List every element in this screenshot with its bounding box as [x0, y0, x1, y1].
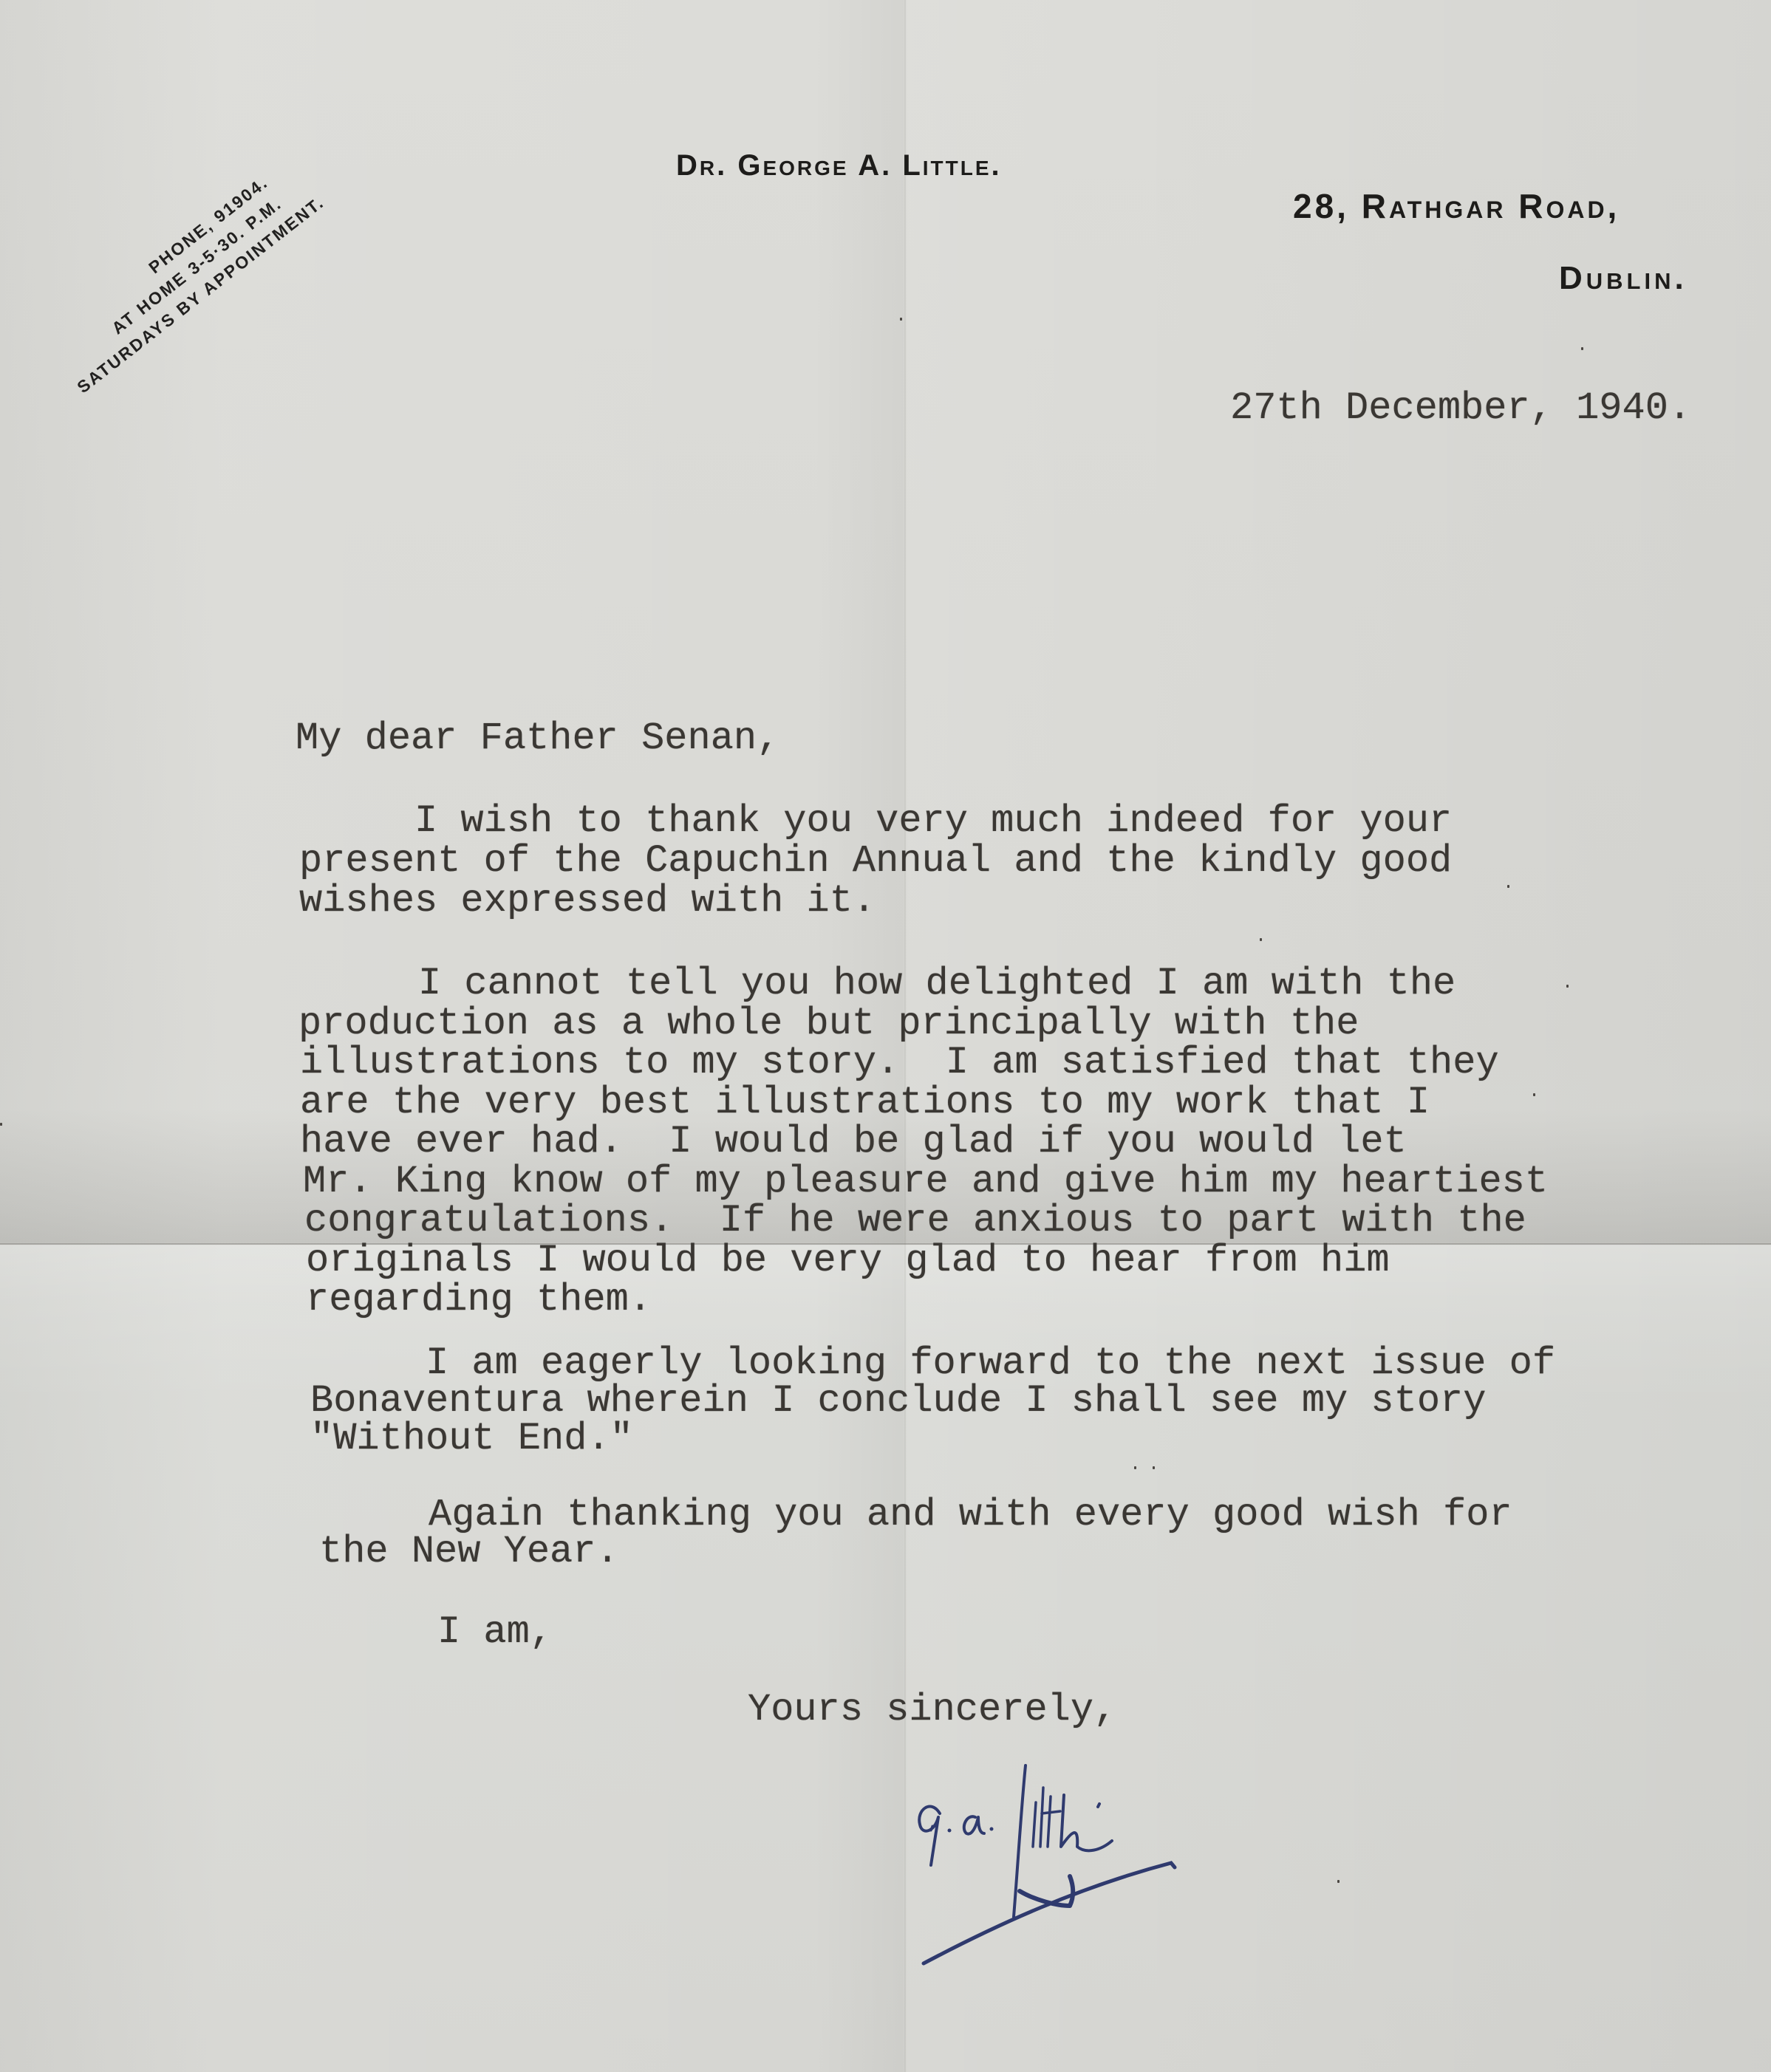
paragraph-new-year: Again thanking you and with every good w…	[319, 1497, 1512, 1570]
paper-speck	[1533, 1093, 1535, 1096]
paragraph-line: wishes expressed with it.	[299, 881, 1452, 921]
paragraph-line: regarding them.	[306, 1280, 1548, 1320]
paper-speck	[1153, 1466, 1155, 1469]
paragraph-line: present of the Capuchin Annual and the k…	[299, 841, 1452, 881]
paper-speck	[1134, 1466, 1136, 1469]
paper-speck	[1337, 1880, 1340, 1883]
signature-underline-stroke	[916, 1854, 1182, 1972]
paper-speck	[1507, 885, 1509, 888]
paragraph-thanks: I wish to thank you very much indeed for…	[299, 801, 1452, 921]
paragraph-line: Again thanking you and with every good w…	[313, 1497, 1512, 1534]
paragraph-line: "Without End."	[310, 1420, 1555, 1457]
paragraph-line: the New Year.	[319, 1534, 1512, 1570]
paper-speck	[0, 1123, 2, 1126]
paper-speck	[1260, 938, 1262, 941]
paragraph-line: production as a whole but principally wi…	[298, 1004, 1548, 1044]
paragraph-illustrations: I cannot tell you how delighted I am wit…	[303, 964, 1548, 1320]
paragraph-line: originals I would be very glad to hear f…	[306, 1241, 1548, 1281]
paragraph-line: I cannot tell you how delighted I am wit…	[303, 964, 1548, 1004]
letterhead-address-city: Dublin.	[1559, 260, 1688, 297]
letterhead-name: Dr. George A. Little.	[676, 149, 1002, 182]
paper-speck	[900, 318, 902, 321]
letter-date: 27th December, 1940.	[1230, 389, 1691, 428]
paragraph-bonaventura: I am eagerly looking forward to the next…	[310, 1344, 1555, 1457]
paragraph-line: I wish to thank you very much indeed for…	[299, 801, 1452, 841]
paragraph-line: Bonaventura wherein I conclude I shall s…	[310, 1382, 1555, 1420]
paragraph-line: have ever had. I would be glad if you wo…	[300, 1122, 1548, 1162]
closing-i-am: I am,	[322, 1613, 553, 1652]
paper-speck	[1581, 347, 1583, 350]
paragraph-line: congratulations. If he were anxious to p…	[304, 1201, 1548, 1241]
closing-yours-sincerely: Yours sincerely,	[748, 1690, 1116, 1730]
paragraph-line: are the very best illustrations to my wo…	[300, 1083, 1548, 1123]
letterhead-address-street: 28, Rathgar Road,	[1293, 186, 1620, 226]
paper-speck	[1566, 985, 1569, 988]
letter-salutation: My dear Father Senan,	[296, 719, 779, 759]
paragraph-line: illustrations to my story. I am satisfie…	[300, 1043, 1548, 1083]
paragraph-line: Mr. King know of my pleasure and give hi…	[303, 1162, 1548, 1202]
paragraph-line: I am eagerly looking forward to the next…	[310, 1344, 1555, 1382]
